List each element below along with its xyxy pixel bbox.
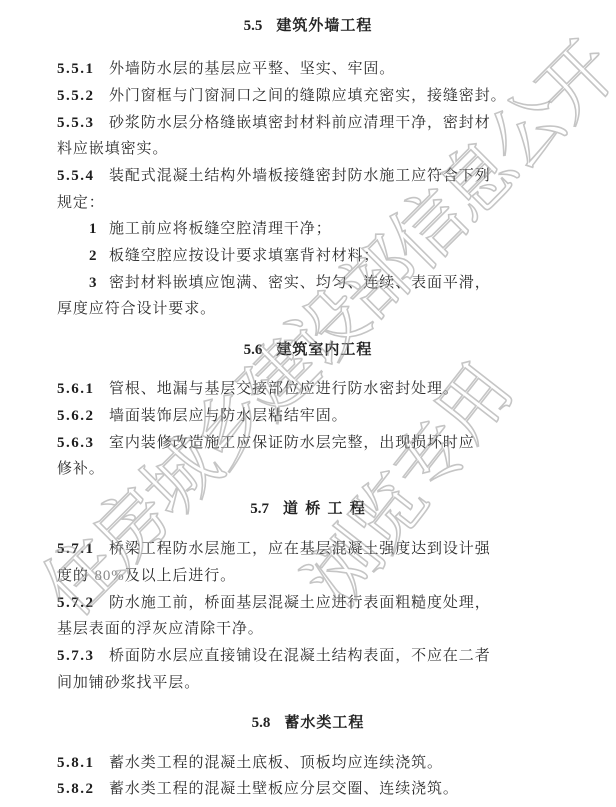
clause-text: 砂浆防水层分格缝嵌填密封材料前应清理干净，密封材	[109, 113, 491, 131]
clause-5-5-4-cont: 规定：	[57, 192, 559, 212]
clause-text-continued: 规定：	[57, 193, 105, 211]
clause-5-5-4-item-3: 3密封材料嵌填应饱满、密实、均匀、连续、表面平滑，	[57, 272, 559, 293]
clause-text-continued: 基层表面的浮灰应清除干净。	[57, 619, 264, 637]
clause-5-5-3: 5.5.3砂浆防水层分格缝嵌填密封材料前应清理干净，密封材	[57, 112, 559, 133]
section-title: 建筑室内工程	[276, 340, 372, 358]
clause-number: 5.6.3	[57, 433, 109, 453]
clause-number: 5.7.2	[57, 593, 109, 613]
clause-number: 5.5.1	[57, 59, 109, 79]
clause-text: 管根、地漏与基层交接部位应进行防水密封处理。	[109, 379, 459, 397]
clause-number: 5.5.2	[57, 86, 109, 106]
clause-text-continued: 度的	[57, 566, 89, 584]
clause-number: 5.5.4	[57, 166, 109, 186]
clause-text-continued: 及以上后进行。	[125, 566, 236, 584]
clause-text: 室内装修改造施工应保证防水层完整，出现损坏时应	[109, 433, 475, 451]
clause-5-7-3: 5.7.3桥面防水层应直接铺设在混凝土结构表面，不应在二者	[57, 645, 559, 666]
percentage-value: 80%	[94, 568, 124, 584]
clause-5-6-2: 5.6.2墙面装饰层应与防水层粘结牢固。	[57, 405, 559, 426]
item-number: 1	[89, 219, 109, 239]
section-title: 道 桥 工 程	[283, 499, 366, 517]
clause-5-5-1: 5.5.1外墙防水层的基层应平整、坚实、牢固。	[57, 58, 559, 79]
section-title: 蓄水类工程	[284, 713, 364, 731]
section-heading-5-6: 5.6建筑室内工程	[0, 339, 616, 360]
section-number: 5.7	[250, 501, 269, 517]
clause-text: 蓄水类工程的混凝土底板、顶板均应连续浇筑。	[109, 753, 443, 771]
clause-5-6-3-cont: 修补。	[57, 458, 559, 478]
section-heading-5-7: 5.7道 桥 工 程	[0, 498, 616, 519]
clause-number: 5.8.1	[57, 753, 109, 773]
section-heading-5-5: 5.5建筑外墙工程	[0, 15, 616, 36]
clause-number: 5.6.2	[57, 406, 109, 426]
section-number: 5.6	[244, 342, 263, 358]
clause-text: 外门窗框与门窗洞口之间的缝隙应填充密实，接缝密封。	[109, 86, 507, 104]
clause-5-7-2: 5.7.2防水施工前，桥面基层混凝土应进行表面粗糙度处理，	[57, 592, 559, 613]
clause-number: 5.7.3	[57, 646, 109, 666]
clause-text: 防水施工前，桥面基层混凝土应进行表面粗糙度处理，	[109, 593, 491, 611]
clause-5-7-1: 5.7.1桥梁工程防水层施工，应在基层混凝土强度达到设计强	[57, 538, 559, 559]
clause-text: 桥面防水层应直接铺设在混凝土结构表面，不应在二者	[109, 646, 491, 664]
clause-number: 5.6.1	[57, 379, 109, 399]
clause-5-5-2: 5.5.2外门窗框与门窗洞口之间的缝隙应填充密实，接缝密封。	[57, 85, 559, 106]
clause-text: 外墙防水层的基层应平整、坚实、牢固。	[109, 59, 395, 77]
section-title: 建筑外墙工程	[276, 16, 372, 34]
clause-text: 蓄水类工程的混凝土壁板应分层交圈、连续浇筑。	[109, 779, 459, 797]
item-text-continued: 厚度应符合设计要求。	[57, 299, 216, 317]
item-number: 2	[89, 246, 109, 266]
clause-5-5-4-item-1: 1施工前应将板缝空腔清理干净；	[57, 218, 559, 239]
clause-5-7-1-cont: 度的 80%及以上后进行。	[57, 565, 559, 586]
clause-5-6-3: 5.6.3室内装修改造施工应保证防水层完整，出现损坏时应	[57, 432, 559, 453]
clause-number: 5.7.1	[57, 539, 109, 559]
clause-text-continued: 修补。	[57, 459, 105, 477]
clause-5-8-1: 5.8.1蓄水类工程的混凝土底板、顶板均应连续浇筑。	[57, 752, 559, 773]
clause-text-continued: 间加铺砂浆找平层。	[57, 673, 200, 691]
section-number: 5.8	[252, 715, 271, 731]
clause-5-5-4-item-2: 2板缝空腔应按设计要求填塞背衬材料；	[57, 245, 559, 266]
clause-5-5-3-cont: 料应嵌填密实。	[57, 138, 559, 158]
clause-5-5-4-item-3-cont: 厚度应符合设计要求。	[57, 298, 559, 318]
clause-number: 5.8.2	[57, 779, 109, 799]
clause-5-7-2-cont: 基层表面的浮灰应清除干净。	[57, 618, 559, 638]
clause-5-6-1: 5.6.1管根、地漏与基层交接部位应进行防水密封处理。	[57, 378, 559, 399]
item-text: 板缝空腔应按设计要求填塞背衬材料；	[109, 246, 379, 264]
clause-number: 5.5.3	[57, 113, 109, 133]
clause-text-continued: 料应嵌填密实。	[57, 139, 168, 157]
section-number: 5.5	[244, 18, 263, 34]
clause-text: 装配式混凝土结构外墙板接缝密封防水施工应符合下列	[109, 166, 491, 184]
item-text: 施工前应将板缝空腔清理干净；	[109, 219, 332, 237]
item-text: 密封材料嵌填应饱满、密实、均匀、连续、表面平滑，	[109, 273, 491, 291]
clause-5-8-2: 5.8.2蓄水类工程的混凝土壁板应分层交圈、连续浇筑。	[57, 778, 559, 799]
clause-text: 墙面装饰层应与防水层粘结牢固。	[109, 406, 348, 424]
clause-5-7-3-cont: 间加铺砂浆找平层。	[57, 672, 559, 692]
clause-text: 桥梁工程防水层施工，应在基层混凝土强度达到设计强	[109, 539, 491, 557]
clause-5-5-4: 5.5.4装配式混凝土结构外墙板接缝密封防水施工应符合下列	[57, 165, 559, 186]
section-heading-5-8: 5.8蓄水类工程	[0, 712, 616, 733]
document-page: 5.5建筑外墙工程 5.5.1外墙防水层的基层应平整、坚实、牢固。 5.5.2外…	[0, 0, 616, 807]
item-number: 3	[89, 273, 109, 293]
